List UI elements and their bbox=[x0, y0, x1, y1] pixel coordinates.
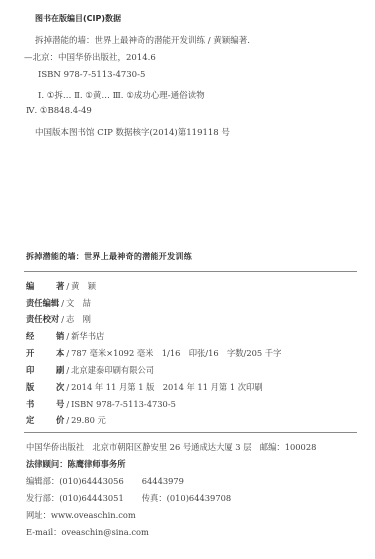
cip-approval: 中国版本图书馆 CIP 数据核字(2014)第119118 号 bbox=[35, 126, 230, 138]
legal-advisor: 法律顾问：陈鹰律师事务所 bbox=[26, 458, 126, 470]
website: 网址：www.oveaschin.com bbox=[26, 509, 136, 521]
cip-classification-number: Ⅳ. ①B848.4-49 bbox=[26, 106, 92, 116]
distribution-phone: 发行部：(010)64443051传真：(010)64439708 bbox=[26, 492, 231, 504]
divider bbox=[24, 432, 357, 433]
cip-publication: —北京：中国华侨出版社，2014.6 bbox=[24, 51, 156, 63]
colophon-row: 责任编辑/文 喆 bbox=[26, 297, 91, 309]
colophon-row: 编著/黄 颖 bbox=[26, 280, 96, 292]
cip-entry: 拆掉潜能的墙：世界上最神奇的潜能开发训练 / 黄颖编著. bbox=[35, 34, 250, 46]
cip-title: 图书在版编目(CIP)数据 bbox=[35, 13, 121, 24]
colophon-row: 责任校对/志 刚 bbox=[26, 313, 91, 325]
colophon-row: 开本/787 毫米×1092 毫米 1/16 印张/16 字数/205 千字 bbox=[26, 347, 281, 359]
colophon-row: 书号/ISBN 978-7-5113-4730-5 bbox=[26, 398, 176, 410]
colophon-row: 版次/2014 年 11 月第 1 版 2014 年 11 月第 1 次印刷 bbox=[26, 381, 263, 393]
cip-isbn: ISBN 978-7-5113-4730-5 bbox=[38, 70, 145, 80]
publisher-address: 中国华侨出版社 北京市朝阳区静安里 26 号通成达大厦 3 层 邮编：10002… bbox=[26, 441, 316, 453]
colophon-row: 经销/新华书店 bbox=[26, 330, 104, 342]
email: E-mail：oveaschin@sina.com bbox=[26, 526, 149, 538]
cip-classification: Ⅰ. ①拆… Ⅱ. ①黄… Ⅲ. ①成功心理-通俗读物 bbox=[38, 89, 205, 101]
colophon-row: 印刷/北京建泰印刷有限公司 bbox=[26, 364, 154, 376]
divider bbox=[24, 271, 357, 272]
book-title: 拆掉潜能的墙：世界上最神奇的潜能开发训练 bbox=[26, 251, 192, 262]
editorial-phone: 编辑部：(010)6444305664443979 bbox=[26, 475, 184, 487]
colophon-row: 定价/29.80 元 bbox=[26, 414, 106, 426]
